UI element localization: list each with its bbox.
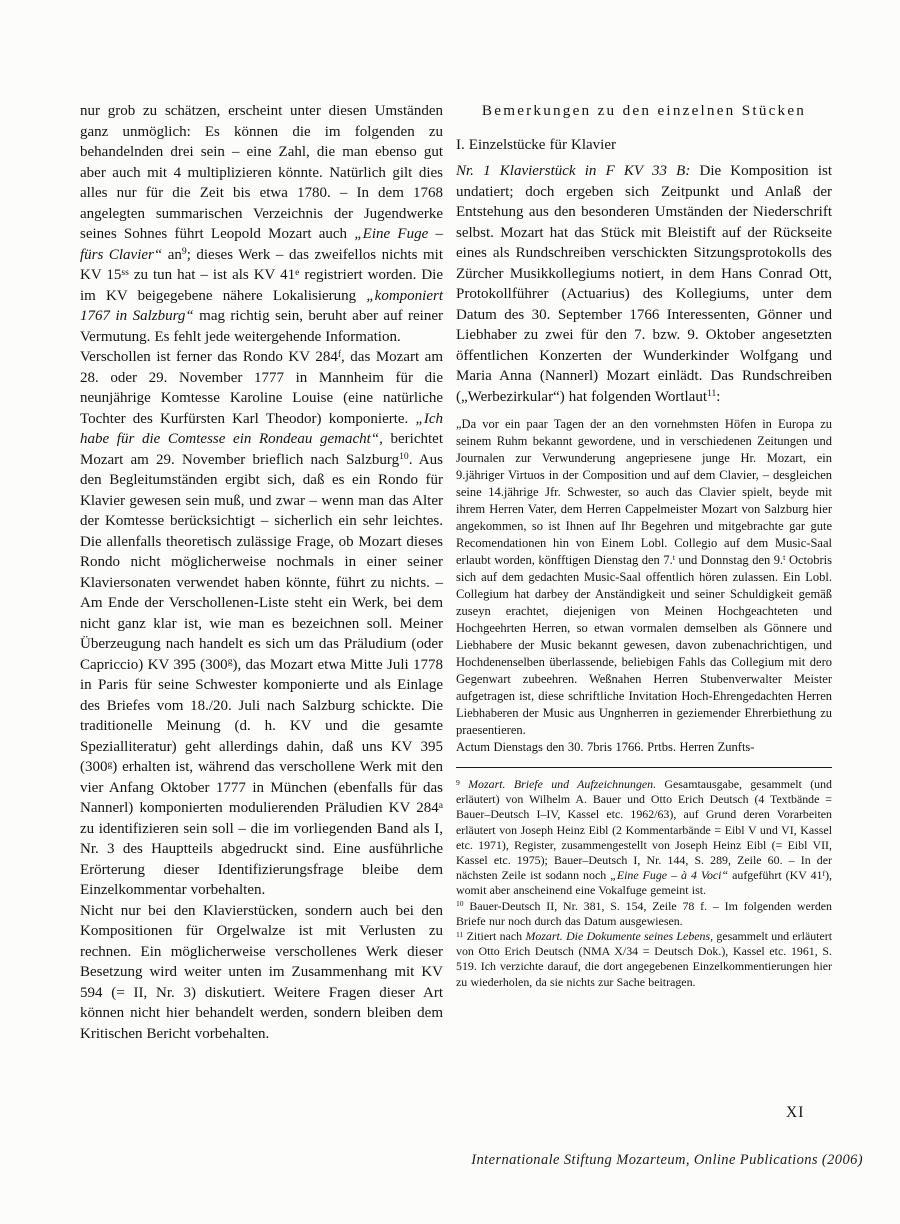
publication-credit: Internationale Stiftung Mozarteum, Onlin… — [471, 1152, 863, 1169]
quote-paragraph: „Da vor ein paar Tagen der an den vorneh… — [456, 416, 832, 739]
block-quote: „Da vor ein paar Tagen der an den vorneh… — [456, 416, 832, 756]
section-heading: Bemerkungen zu den einzelnen Stücken — [456, 101, 832, 122]
footnote-separator-rule — [456, 767, 832, 768]
footnote: 11 Zitiert nach Mozart. Die Dokumente se… — [456, 929, 832, 990]
footnotes-block: 9 Mozart. Briefe und Aufzeichnungen. Ges… — [456, 777, 832, 990]
scanned-document-page: nur grob zu schätzen, erscheint unter di… — [0, 0, 900, 1224]
footnote: 10 Bauer-Deutsch II, Nr. 381, S. 154, Ze… — [456, 899, 832, 929]
page-number: XI — [786, 1104, 804, 1122]
footnote: 9 Mozart. Briefe und Aufzeichnungen. Ges… — [456, 777, 832, 899]
body-paragraph: nur grob zu schätzen, erscheint unter di… — [80, 101, 443, 347]
body-paragraph: Nr. 1 Klavierstück in F KV 33 B: Die Kom… — [456, 161, 832, 407]
body-paragraph: Verschollen ist ferner das Rondo KV 284f… — [80, 347, 443, 901]
quote-paragraph: Actum Dienstags den 30. 7bris 1766. Prtb… — [456, 739, 832, 756]
body-paragraph: Nicht nur bei den Klavierstücken, sonder… — [80, 901, 443, 1045]
subsection-heading: I. Einzelstücke für Klavier — [456, 135, 832, 156]
left-text-column: nur grob zu schätzen, erscheint unter di… — [80, 101, 443, 1044]
right-text-column: Bemerkungen zu den einzelnen Stücken I. … — [456, 101, 832, 990]
